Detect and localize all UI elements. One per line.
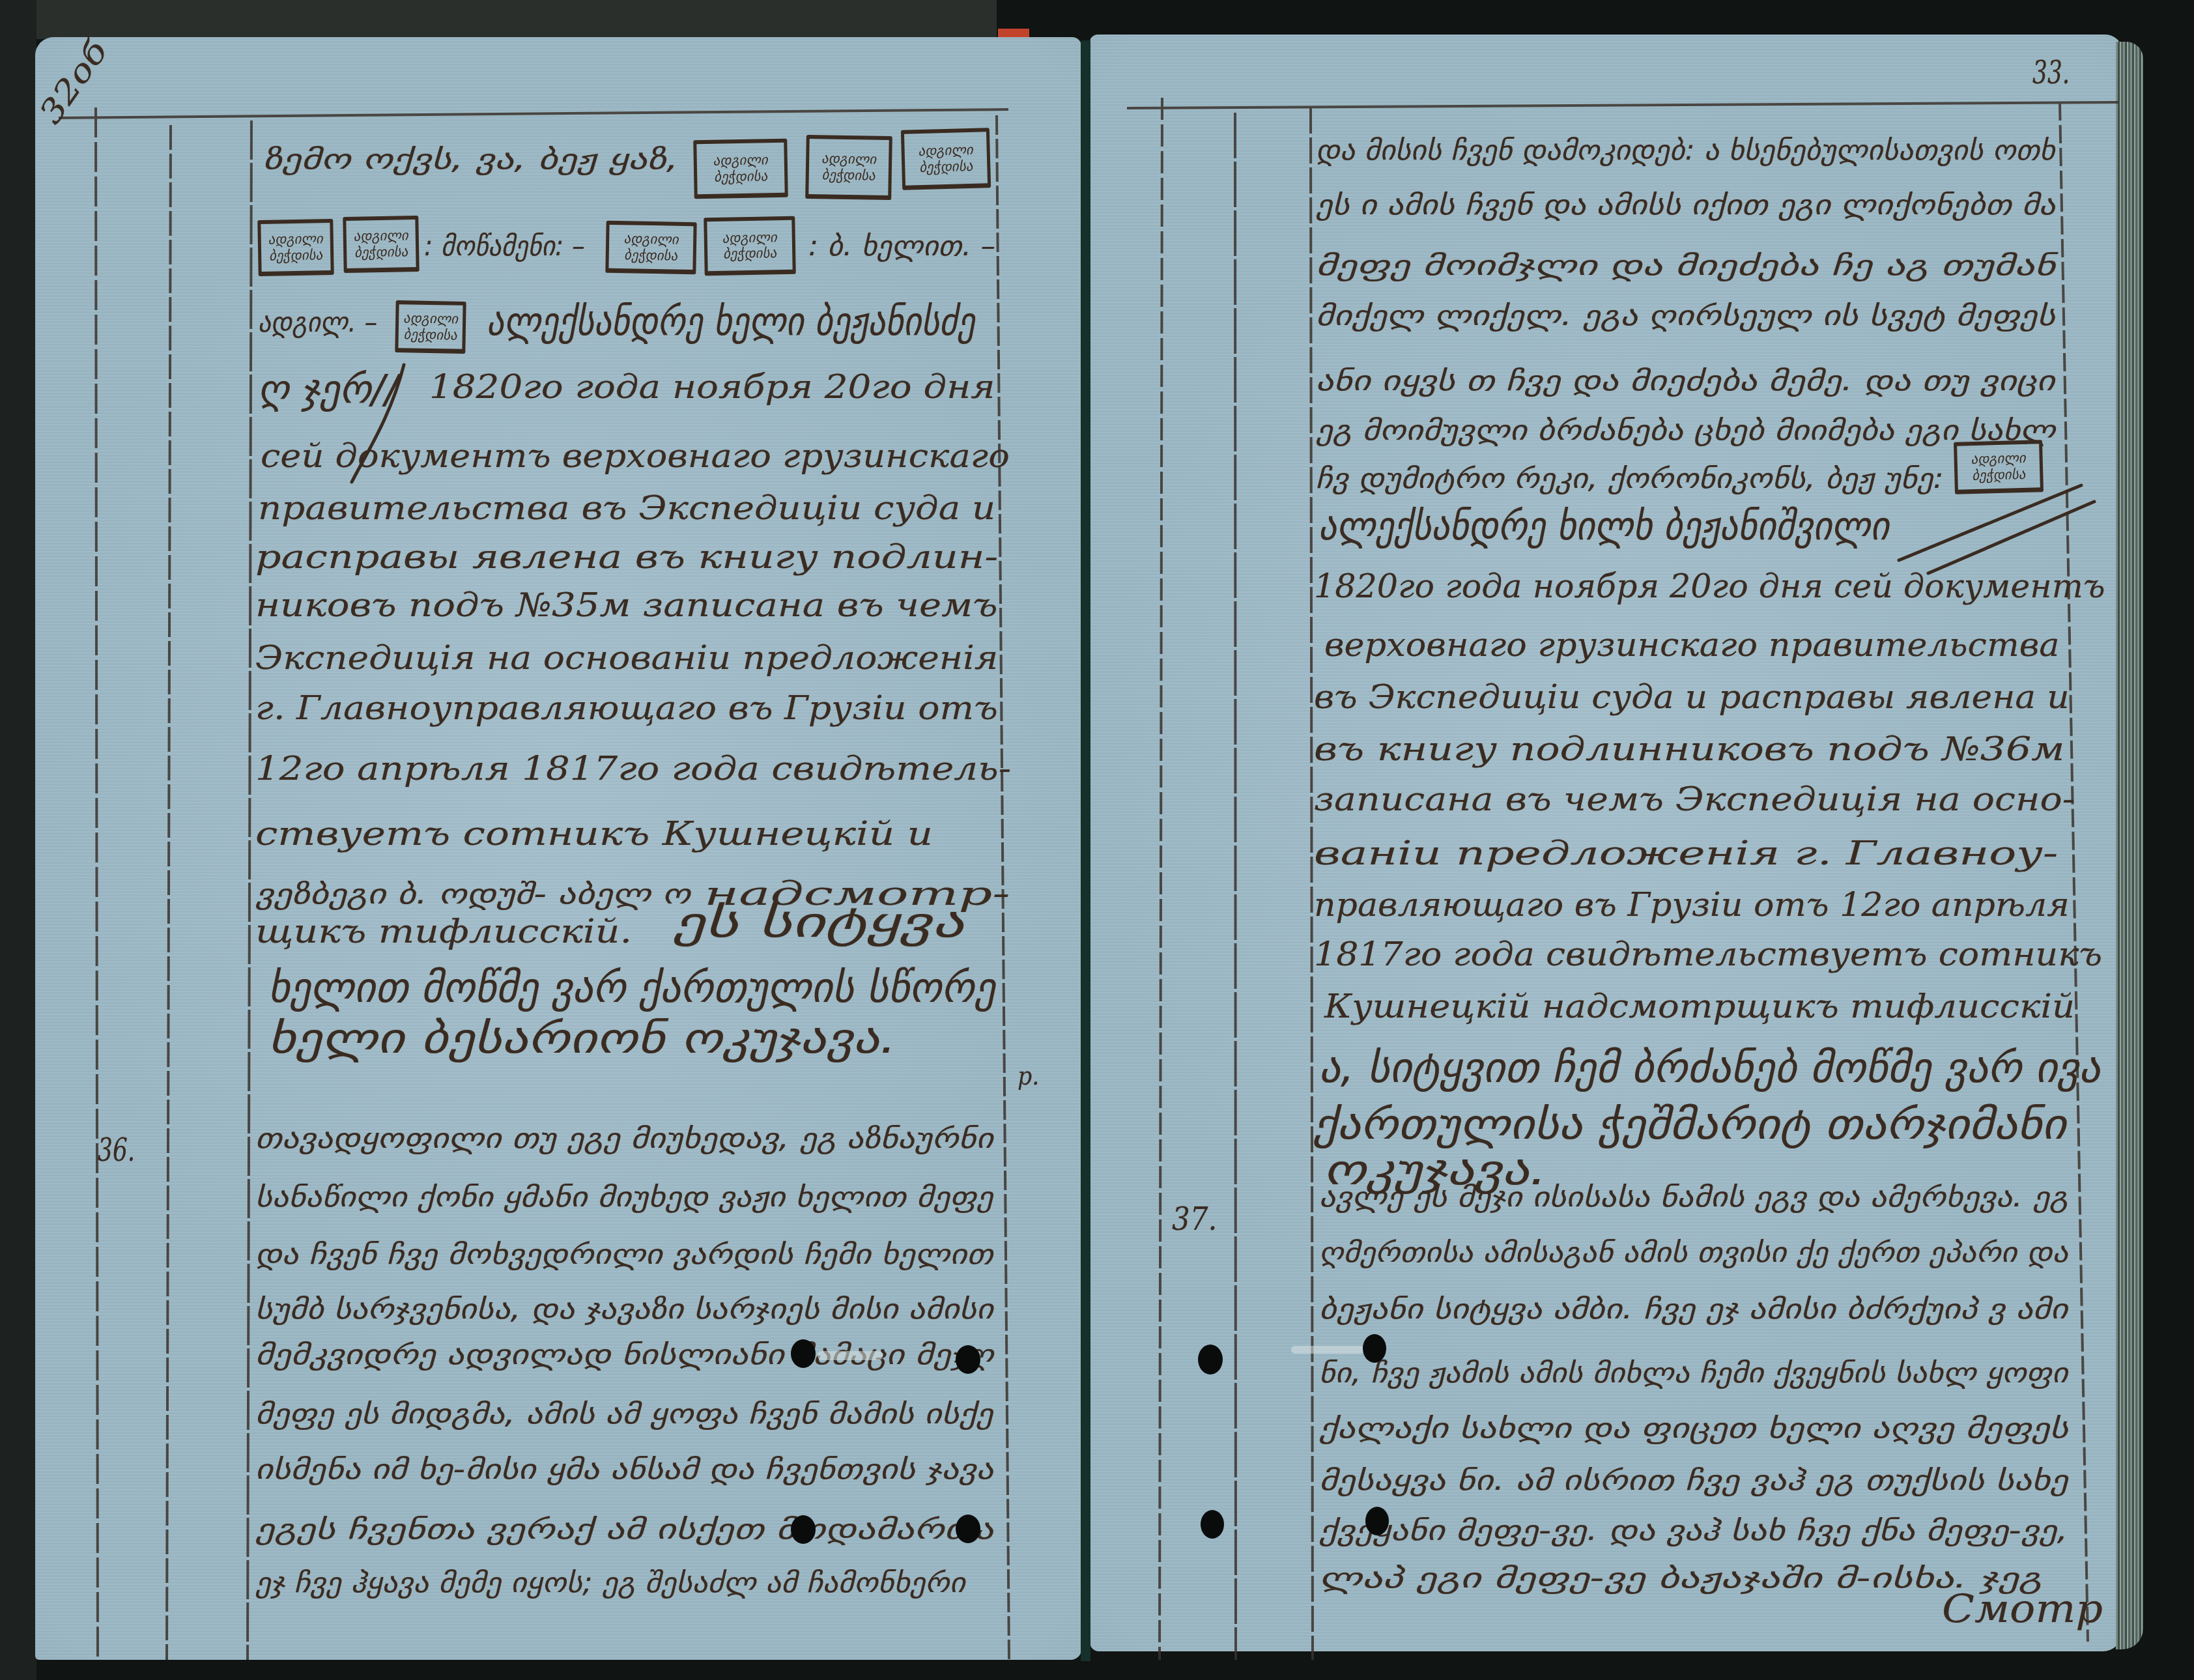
right-body-line: ღმერთისა ამისაგან ამის თვისი ქე ქერთ ეპა… xyxy=(1319,1239,2068,1266)
left-attestation-line: ხელი ბესარიონ ოკუჯავა. xyxy=(268,1018,896,1060)
seal-label-line-1: ადგილი xyxy=(821,151,877,168)
right-russian-line: въ книгу подлинниковъ подъ №36м xyxy=(1314,733,2065,765)
left-russian-line: ствуетъ сотникъ Кушнецкiй и xyxy=(255,818,933,850)
right-russian-line: 1820го года ноября 20го дня сей документ… xyxy=(1314,570,2105,603)
seal-placeholder-box: ადგილი ბეჭდისა xyxy=(901,128,991,190)
left-russian-line: 1820го года ноября 20го дня xyxy=(429,371,995,403)
right-body-line: მესაყვა ნი. ამ ისრით ჩვე ვაჰ ეგ თუქსის ს… xyxy=(1319,1467,2068,1494)
seal-label-line-1: ადგილი xyxy=(722,229,777,246)
right-body-line: ნი, ჩვე ჟამის ამის მიხლა ჩემი ქვეყნის სა… xyxy=(1319,1360,2068,1387)
left-header-line-3-start: ადგილ. – xyxy=(258,309,377,336)
seal-label-line-2: ბეჭდისა xyxy=(919,158,973,175)
right-header-line: და მისის ჩვენ დამოკიდებ: ა ხსენებულისათვ… xyxy=(1316,137,2055,164)
left-signature-tail: ღ ჯერ// xyxy=(258,370,398,409)
left-russian-line: Экспедицiя на основанiи предложенiя xyxy=(255,642,998,674)
seal-label-line-2: ბეჭდისა xyxy=(624,247,678,264)
left-body-line: და ჩვენ ჩვე მოხვედრილი ვარდის ჩემი ხელით xyxy=(255,1241,993,1268)
right-header-line: ეგ მოიმუვლი ბრძანება ცხებ მიიმება ეგი სა… xyxy=(1316,417,2055,444)
left-russian-line: щикъ тифлисскiй. xyxy=(255,915,632,948)
right-body-line: ქვეყანი მეფე-ვე. და ვაჰ სახ ჩვე ქნა მეფე… xyxy=(1319,1517,2068,1545)
left-russian-line: 12го апрѣля 1817го года свидѣтель- xyxy=(255,752,1011,785)
right-folio-number: 33. xyxy=(2032,57,2070,89)
left-georgian-insert: ვეზბეგი ბ. ოდუშ- აბელ ო xyxy=(255,881,691,908)
seal-placeholder-box: ადგილი ბეჭდისა xyxy=(343,216,419,273)
seal-placeholder-box: ადგილი ბეჭდისა xyxy=(704,216,796,276)
right-russian-line: ванiи предложенiя г. Главноу- xyxy=(1314,837,2058,870)
left-russian-line: расправы явлена въ книгу подлин- xyxy=(255,541,998,573)
seal-label-line-2: ბეჭდისა xyxy=(404,326,458,343)
seal-placeholder-box: ადგილი ბეჭდისა xyxy=(257,219,334,276)
left-entry-number: 36. xyxy=(98,1135,135,1166)
seal-label-line-2: ბეჭდისა xyxy=(822,167,876,184)
right-body-line: ავლე ეს მეჯი ისისასა ნამის ეგვ და ამერხე… xyxy=(1319,1184,2068,1211)
left-header-line-2-end: : ბ. ხელით. – xyxy=(808,233,995,260)
seal-label-line-1: ადგილი xyxy=(918,142,973,159)
seal-label-line-1: ადგილი xyxy=(353,228,408,245)
right-header-line: ეს ი ამის ჩვენ და ამისს იქით ეგი ლიქონებ… xyxy=(1316,192,2056,219)
seal-label-line-2: ბეჭდისა xyxy=(269,247,323,264)
right-entry-number: 37. xyxy=(1172,1204,1217,1235)
seal-label-line-2: ბეჭდისა xyxy=(714,168,768,185)
right-signature: ალექსანდრე ხილხ ბეჟანიშვილი xyxy=(1318,507,1889,546)
right-header-line: მეფე მოიმჯლი და მიეძება ჩე აგ თუმან xyxy=(1316,252,2055,279)
seal-label-line-1: ადგილი xyxy=(623,231,679,248)
seal-label-line-2: ბეჭდისა xyxy=(723,245,777,262)
left-georgian-insert: ეს სიტყვა xyxy=(673,902,964,944)
right-header-line: ჩვ დუმიტრო რეკი, ქორონიკონს, ბეჟ უნე: xyxy=(1316,465,1944,492)
left-body-line: მეფე ეს მიდგმა, ამის ამ ყოფა ჩვენ მამის … xyxy=(255,1401,993,1428)
seal-placeholder-box: ადგილი ბეჭდისა xyxy=(395,300,466,354)
left-body-line: მემკვიდრე ადვილად ნისლიანი მამაცი მეჯღ xyxy=(255,1341,994,1369)
right-russian-line: записана въ чемъ Экспедицiя на осно- xyxy=(1314,783,2075,816)
right-attestation-line: ქართულისა ჭეშმარიტ თარჯიმანი xyxy=(1313,1104,2066,1146)
seal-placeholder-box: ადგილი ბეჭდისა xyxy=(1954,440,2044,494)
left-body-line: თავადყოფილი თუ ეგე მიუხედავ, ეგ აზნაურნი xyxy=(255,1125,993,1152)
left-body-line: ეგეს ჩვენთა ვერაქ ამ ისქეთ მოდამართა xyxy=(255,1516,993,1543)
left-signature: ალექსანდრე ხელი ბეჟანისძე xyxy=(487,302,975,341)
left-russian-line: г. Главноуправляющаго въ Грузiи отъ xyxy=(255,692,998,724)
right-body-line: ლაპ ეგი მეფე-ვე ბაჟაჯაში მ-ისხა. ჯეგ xyxy=(1319,1565,2042,1592)
left-body-line: ეჯ ჩვე ჰყავა მემე იყოს; ეგ შესაძლ ამ ჩამ… xyxy=(255,1569,965,1597)
left-body-line: სუმბ სარჯვენისა, და ჯავაზი სარჯიეს მისი … xyxy=(255,1296,993,1323)
seal-placeholder-box: ადგილი ბეჭდისა xyxy=(805,135,892,200)
seal-label-line-1: ადგილი xyxy=(1971,450,2026,467)
right-russian-line: правляющаго въ Грузiи отъ 12го апрѣля xyxy=(1314,889,2070,921)
left-russian-line: никовъ подъ №35м записана въ чемъ xyxy=(255,589,998,621)
seal-placeholder-box: ადგილი ბეჭდისა xyxy=(605,221,696,274)
seal-placeholder-box: ადგილი ბეჭდისა xyxy=(693,139,788,199)
left-russian-line: сей документъ верховнаго грузинскаго xyxy=(261,440,1010,472)
catchword: Смотр xyxy=(1942,1589,2103,1629)
seal-label-line-1: ადგილი xyxy=(403,311,459,328)
binding-gutter xyxy=(1081,40,1090,1661)
right-body-line: ქალაქი სახლი და ფიცეთ ხელი აღვე მეფეს xyxy=(1319,1415,2068,1442)
seal-label-line-1: ადგილი xyxy=(713,152,768,169)
seal-label-line-2: ბეჭდისა xyxy=(354,244,408,261)
left-body-line: ისმენა იმ ხე-მისი ყმა ანსამ და ჩვენთვის … xyxy=(255,1456,993,1483)
right-russian-line: Кушнецкiй надсмотрщикъ тифлисскiй xyxy=(1324,990,2075,1023)
right-body-line: ბეჟანი სიტყვა ამბი. ჩვე ეჯ ამისი ბძრქუიპ… xyxy=(1319,1296,2068,1323)
right-russian-line: 1817го года свидѣтельствуетъ сотникъ xyxy=(1314,938,2102,971)
scanner-background xyxy=(0,0,997,39)
left-body-line: სანაწილი ქონი ყმანი მიუხედ ვაჟი ხელით მე… xyxy=(255,1184,993,1211)
scanner-background-left-edge xyxy=(0,0,36,1680)
left-attestation-line: ხელით მოწმე ვარ ქართულის სწორე xyxy=(268,967,995,1009)
seal-label-line-2: ბეჭდისა xyxy=(1972,466,2026,483)
left-header-witnesses-label: : მოწამენი: – xyxy=(424,233,585,260)
left-margin-mark: р. xyxy=(1018,1063,1039,1089)
right-attestation-line: ა, სიტყვით ჩემ ბრძანებ მოწმე ვარ ივა xyxy=(1319,1047,2101,1089)
right-russian-line: въ Экспедицiи суда и расправы явлена и xyxy=(1314,681,2070,713)
seal-label-line-1: ადგილი xyxy=(268,231,323,248)
page-stack-edge xyxy=(2116,42,2143,1649)
left-header-line-1: ზემო ოქვს, ვა, ბეჟ ყაზ, xyxy=(263,146,678,173)
left-russian-line: правительства въ Экспедицiи суда и xyxy=(258,492,995,524)
right-header-line: ანი იყვს თ ჩვე და მიეძება მემე. და თუ ვი… xyxy=(1316,367,2055,395)
right-header-line: მიქელ ლიქელ. ეგა ღირსეულ ის სვეტ მეფეს xyxy=(1316,302,2055,330)
right-russian-line: верховнаго грузинскаго правительства xyxy=(1324,629,2059,661)
